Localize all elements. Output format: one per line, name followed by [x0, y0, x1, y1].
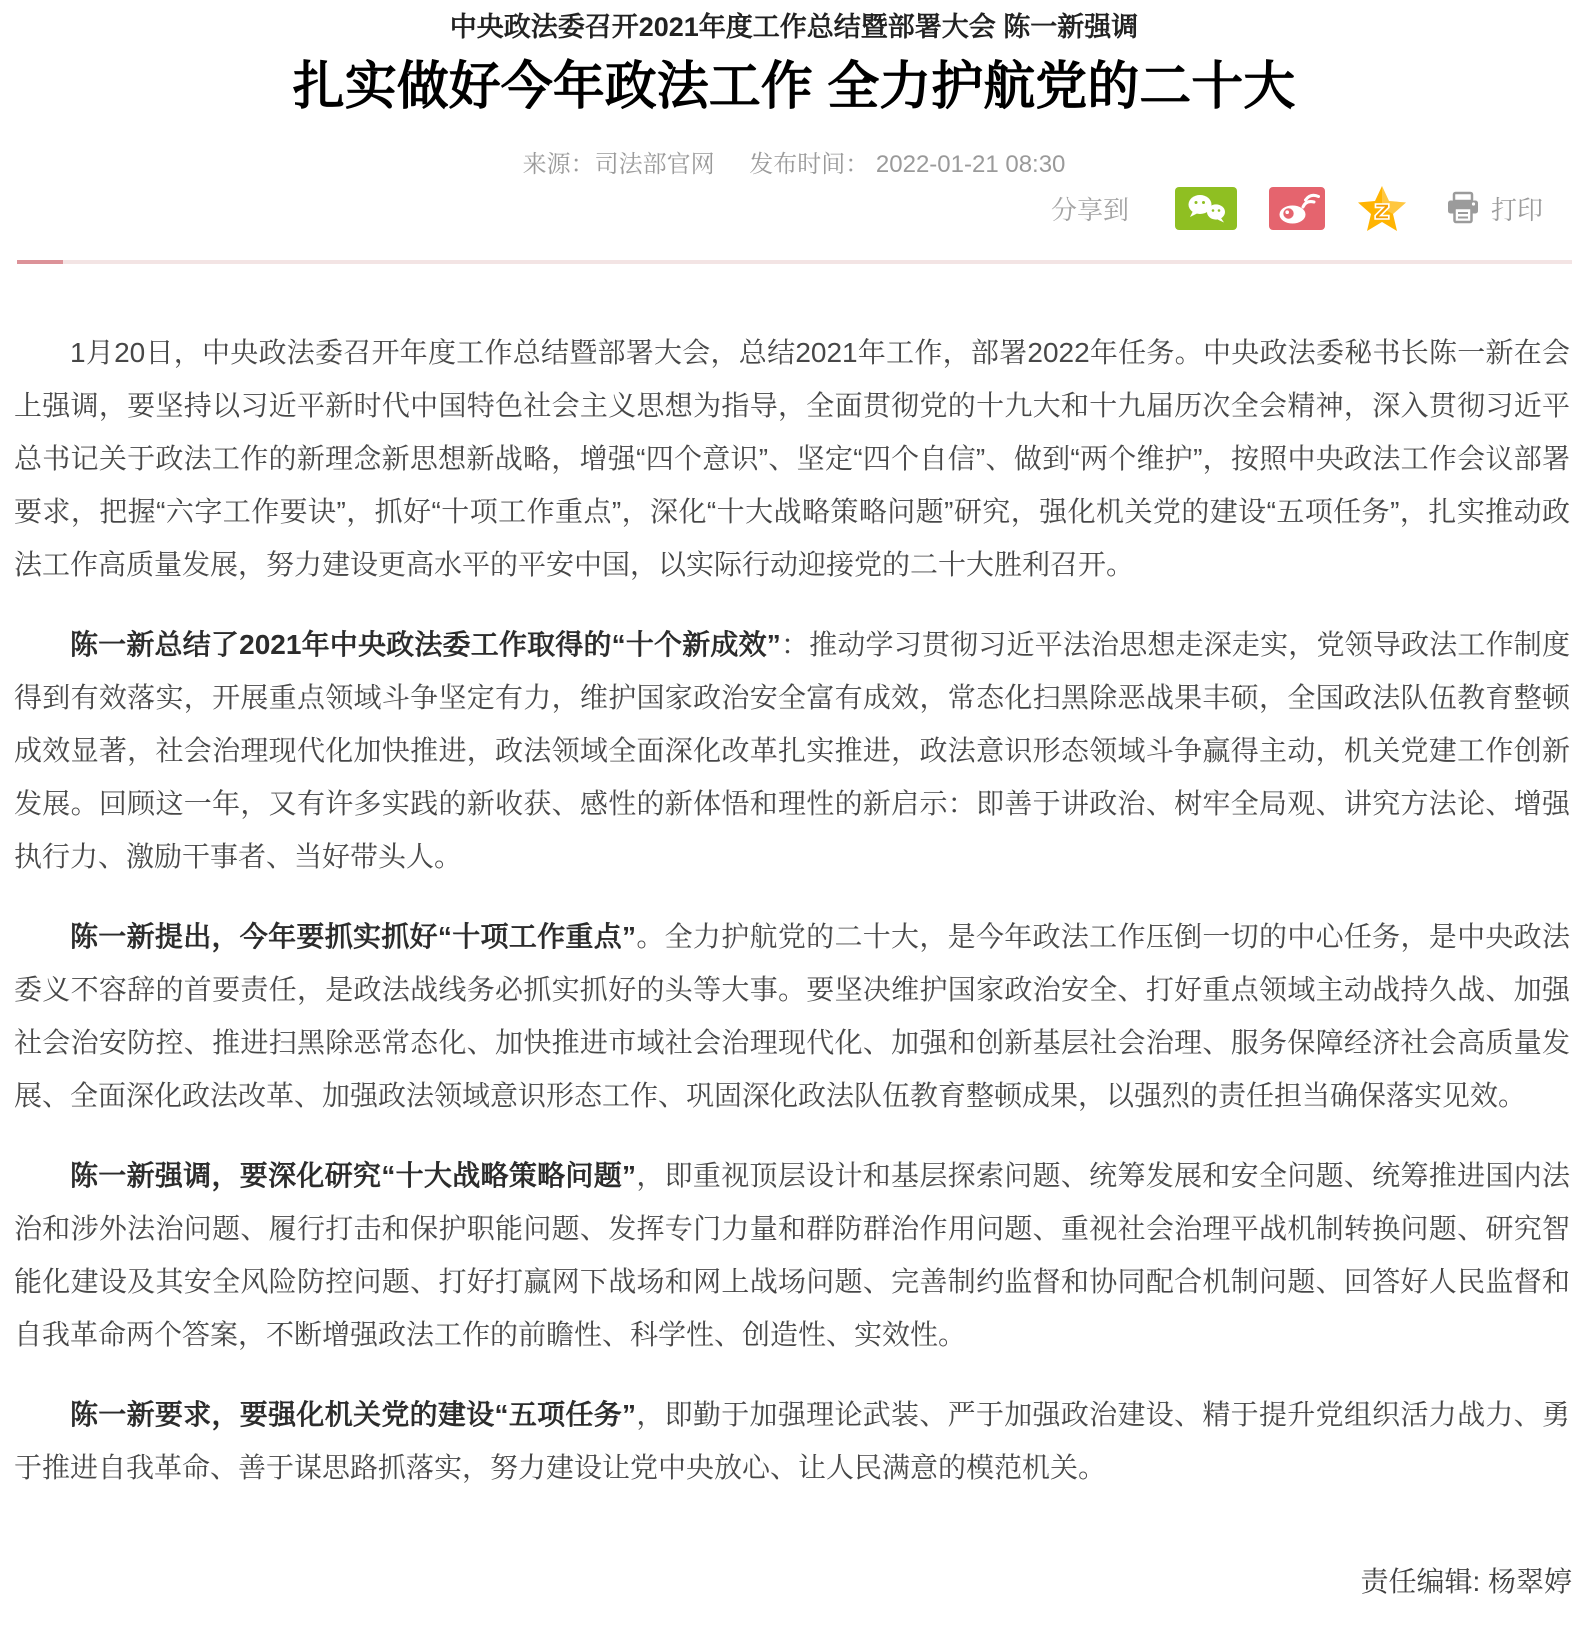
- paragraph-lead-text: 陈一新强调，要深化研究“十大战略策略问题”: [70, 1160, 636, 1191]
- article-body: 1月20日，中央政法委召开年度工作总结暨部署大会，总结2021年工作，部署202…: [0, 326, 1588, 1494]
- article-subtitle: 中央政法委召开2021年度工作总结暨部署大会 陈一新强调: [0, 8, 1588, 46]
- qzone-star-icon: z: [1357, 185, 1407, 232]
- printer-icon: [1445, 191, 1481, 225]
- article-paragraph: 陈一新提出，今年要抓实抓好“十项工作重点”。全力护航党的二十大，是今年政法工作压…: [14, 910, 1570, 1122]
- source-label: 来源：司法部官网: [523, 151, 715, 178]
- divider-accent-segment: [17, 260, 63, 264]
- editor-credit: 责任编辑: 杨翠婷: [1360, 1566, 1572, 1597]
- paragraph-body-text: 1月20日，中央政法委召开年度工作总结暨部署大会，总结2021年工作，部署202…: [14, 337, 1570, 580]
- article-paragraph: 陈一新强调，要深化研究“十大战略策略问题”，即重视顶层设计和基层探索问题、统筹发…: [14, 1149, 1570, 1361]
- weibo-share-button[interactable]: [1269, 187, 1325, 230]
- share-to-label: 分享到: [1051, 190, 1129, 227]
- print-button[interactable]: 打印: [1445, 190, 1543, 227]
- article-header: 中央政法委召开2021年度工作总结暨部署大会 陈一新强调 扎实做好今年政法工作 …: [0, 0, 1588, 232]
- weibo-icon: [1269, 187, 1325, 230]
- page-title: 扎实做好今年政法工作 全力护航党的二十大: [0, 56, 1588, 118]
- article-meta: 来源：司法部官网 发布时间： 2022-01-21 08:30: [0, 150, 1588, 180]
- article-paragraph: 陈一新总结了2021年中央政法委工作取得的“十个新成效”：推动学习贯彻习近平法治…: [14, 618, 1570, 883]
- article-page: 中央政法委召开2021年度工作总结暨部署大会 陈一新强调 扎实做好今年政法工作 …: [0, 0, 1588, 1618]
- article-paragraph: 陈一新要求，要强化机关党的建设“五项任务”，即勤于加强理论武装、严于加强政治建设…: [14, 1388, 1570, 1494]
- paragraph-lead-text: 陈一新要求，要强化机关党的建设“五项任务”: [70, 1399, 636, 1430]
- article-footer: 责任编辑: 杨翠婷: [0, 1560, 1588, 1618]
- qzone-share-button[interactable]: z: [1357, 185, 1407, 232]
- print-label: 打印: [1491, 190, 1543, 227]
- wechat-share-button[interactable]: [1175, 187, 1237, 230]
- share-toolbar: 分享到: [0, 184, 1588, 232]
- wechat-icon: [1175, 187, 1237, 230]
- paragraph-lead-text: 陈一新总结了2021年中央政法委工作取得的“十个新成效”: [70, 629, 781, 660]
- header-divider: [17, 260, 1572, 264]
- article-paragraph: 1月20日，中央政法委召开年度工作总结暨部署大会，总结2021年工作，部署202…: [14, 326, 1570, 591]
- publish-time: 发布时间： 2022-01-21 08:30: [749, 151, 1065, 178]
- paragraph-body-text: ：推动学习贯彻习近平法治思想走深走实，党领导政法工作制度得到有效落实，开展重点领…: [14, 629, 1570, 872]
- paragraph-lead-text: 陈一新提出，今年要抓实抓好“十项工作重点”: [70, 921, 636, 952]
- svg-text:z: z: [1374, 193, 1390, 226]
